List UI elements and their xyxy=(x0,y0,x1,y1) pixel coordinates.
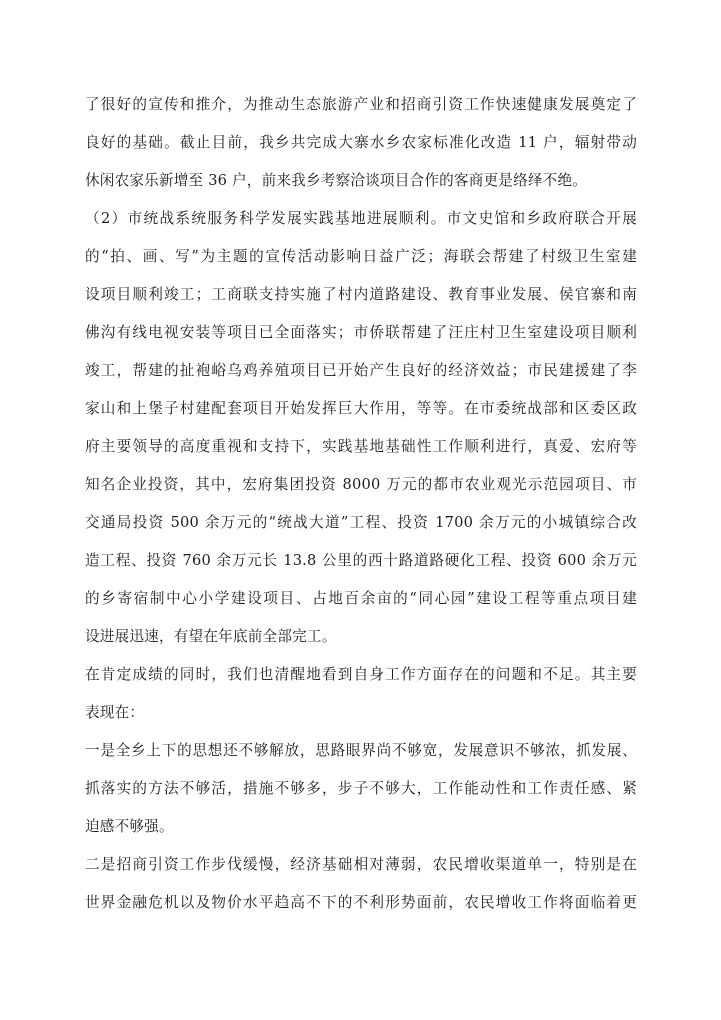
text-line: 了很好的宣传和推介，为推动生态旅游产业和招商引资工作快速健康发展奠定了 xyxy=(85,86,637,124)
text-line: 世界金融危机以及物价水平趋高不下的不利形势面前，农民增收工作将面临着更 xyxy=(85,884,637,922)
text-line: 竣工，帮建的扯袍峪乌鸡养殖项目已开始产生良好的经济效益；市民建援建了李 xyxy=(85,352,637,390)
text-line: 家山和上堡子村建配套项目开始发挥巨大作用，等等。在市委统战部和区委区政 xyxy=(85,390,637,428)
text-line: 知名企业投资，其中，宏府集团投资 8000 万元的都市农业观光示范园项目、市 xyxy=(85,466,637,504)
text-line: 交通局投资 500 余万元的“统战大道”工程、投资 1700 余万元的小城镇综合… xyxy=(85,504,637,542)
text-line: 在肯定成绩的同时，我们也清醒地看到自身工作方面存在的问题和不足。其主要 xyxy=(85,656,637,694)
text-line: 二是招商引资工作步伐缓慢，经济基础相对薄弱，农民增收渠道单一，特别是在 xyxy=(85,846,637,884)
text-line: 的“拍、画、写”为主题的宣传活动影响日益广泛；海联会帮建了村级卫生室建 xyxy=(85,238,637,276)
document-page: 了很好的宣传和推介，为推动生态旅游产业和招商引资工作快速健康发展奠定了 良好的基… xyxy=(0,0,721,1020)
text-line: 迫感不够强。 xyxy=(85,808,637,846)
text-line: 抓落实的方法不够活，措施不够多，步子不够大，工作能动性和工作责任感、紧 xyxy=(85,770,637,808)
text-line: 良好的基础。截止目前，我乡共完成大寨水乡农家标准化改造 11 户，辐射带动 xyxy=(85,124,637,162)
text-line: 表现在： xyxy=(85,694,637,732)
text-line: 佛沟有线电视安装等项目已全面落实；市侨联帮建了汪庄村卫生室建设项目顺利 xyxy=(85,314,637,352)
text-line: 休闲农家乐新增至 36 户，前来我乡考察洽谈项目合作的客商更是络绎不绝。 xyxy=(85,162,637,200)
text-line: 造工程、投资 760 余万元长 13.8 公里的西十路道路硬化工程、投资 600… xyxy=(85,542,637,580)
text-line: 的乡寄宿制中心小学建设项目、占地百余亩的“同心园”建设工程等重点项目建 xyxy=(85,580,637,618)
text-line: 府主要领导的高度重视和支持下，实践基地基础性工作顺利进行，真爱、宏府等 xyxy=(85,428,637,466)
text-line: 设项目顺利竣工；工商联支持实施了村内道路建设、教育事业发展、侯官寨和南 xyxy=(85,276,637,314)
text-line: 一是全乡上下的思想还不够解放，思路眼界尚不够宽，发展意识不够浓，抓发展、 xyxy=(85,732,637,770)
text-line: （2）市统战系统服务科学发展实践基地进展顺利。市文史馆和乡政府联合开展 xyxy=(85,200,637,238)
text-line: 设进展迅速，有望在年底前全部完工。 xyxy=(85,618,637,656)
